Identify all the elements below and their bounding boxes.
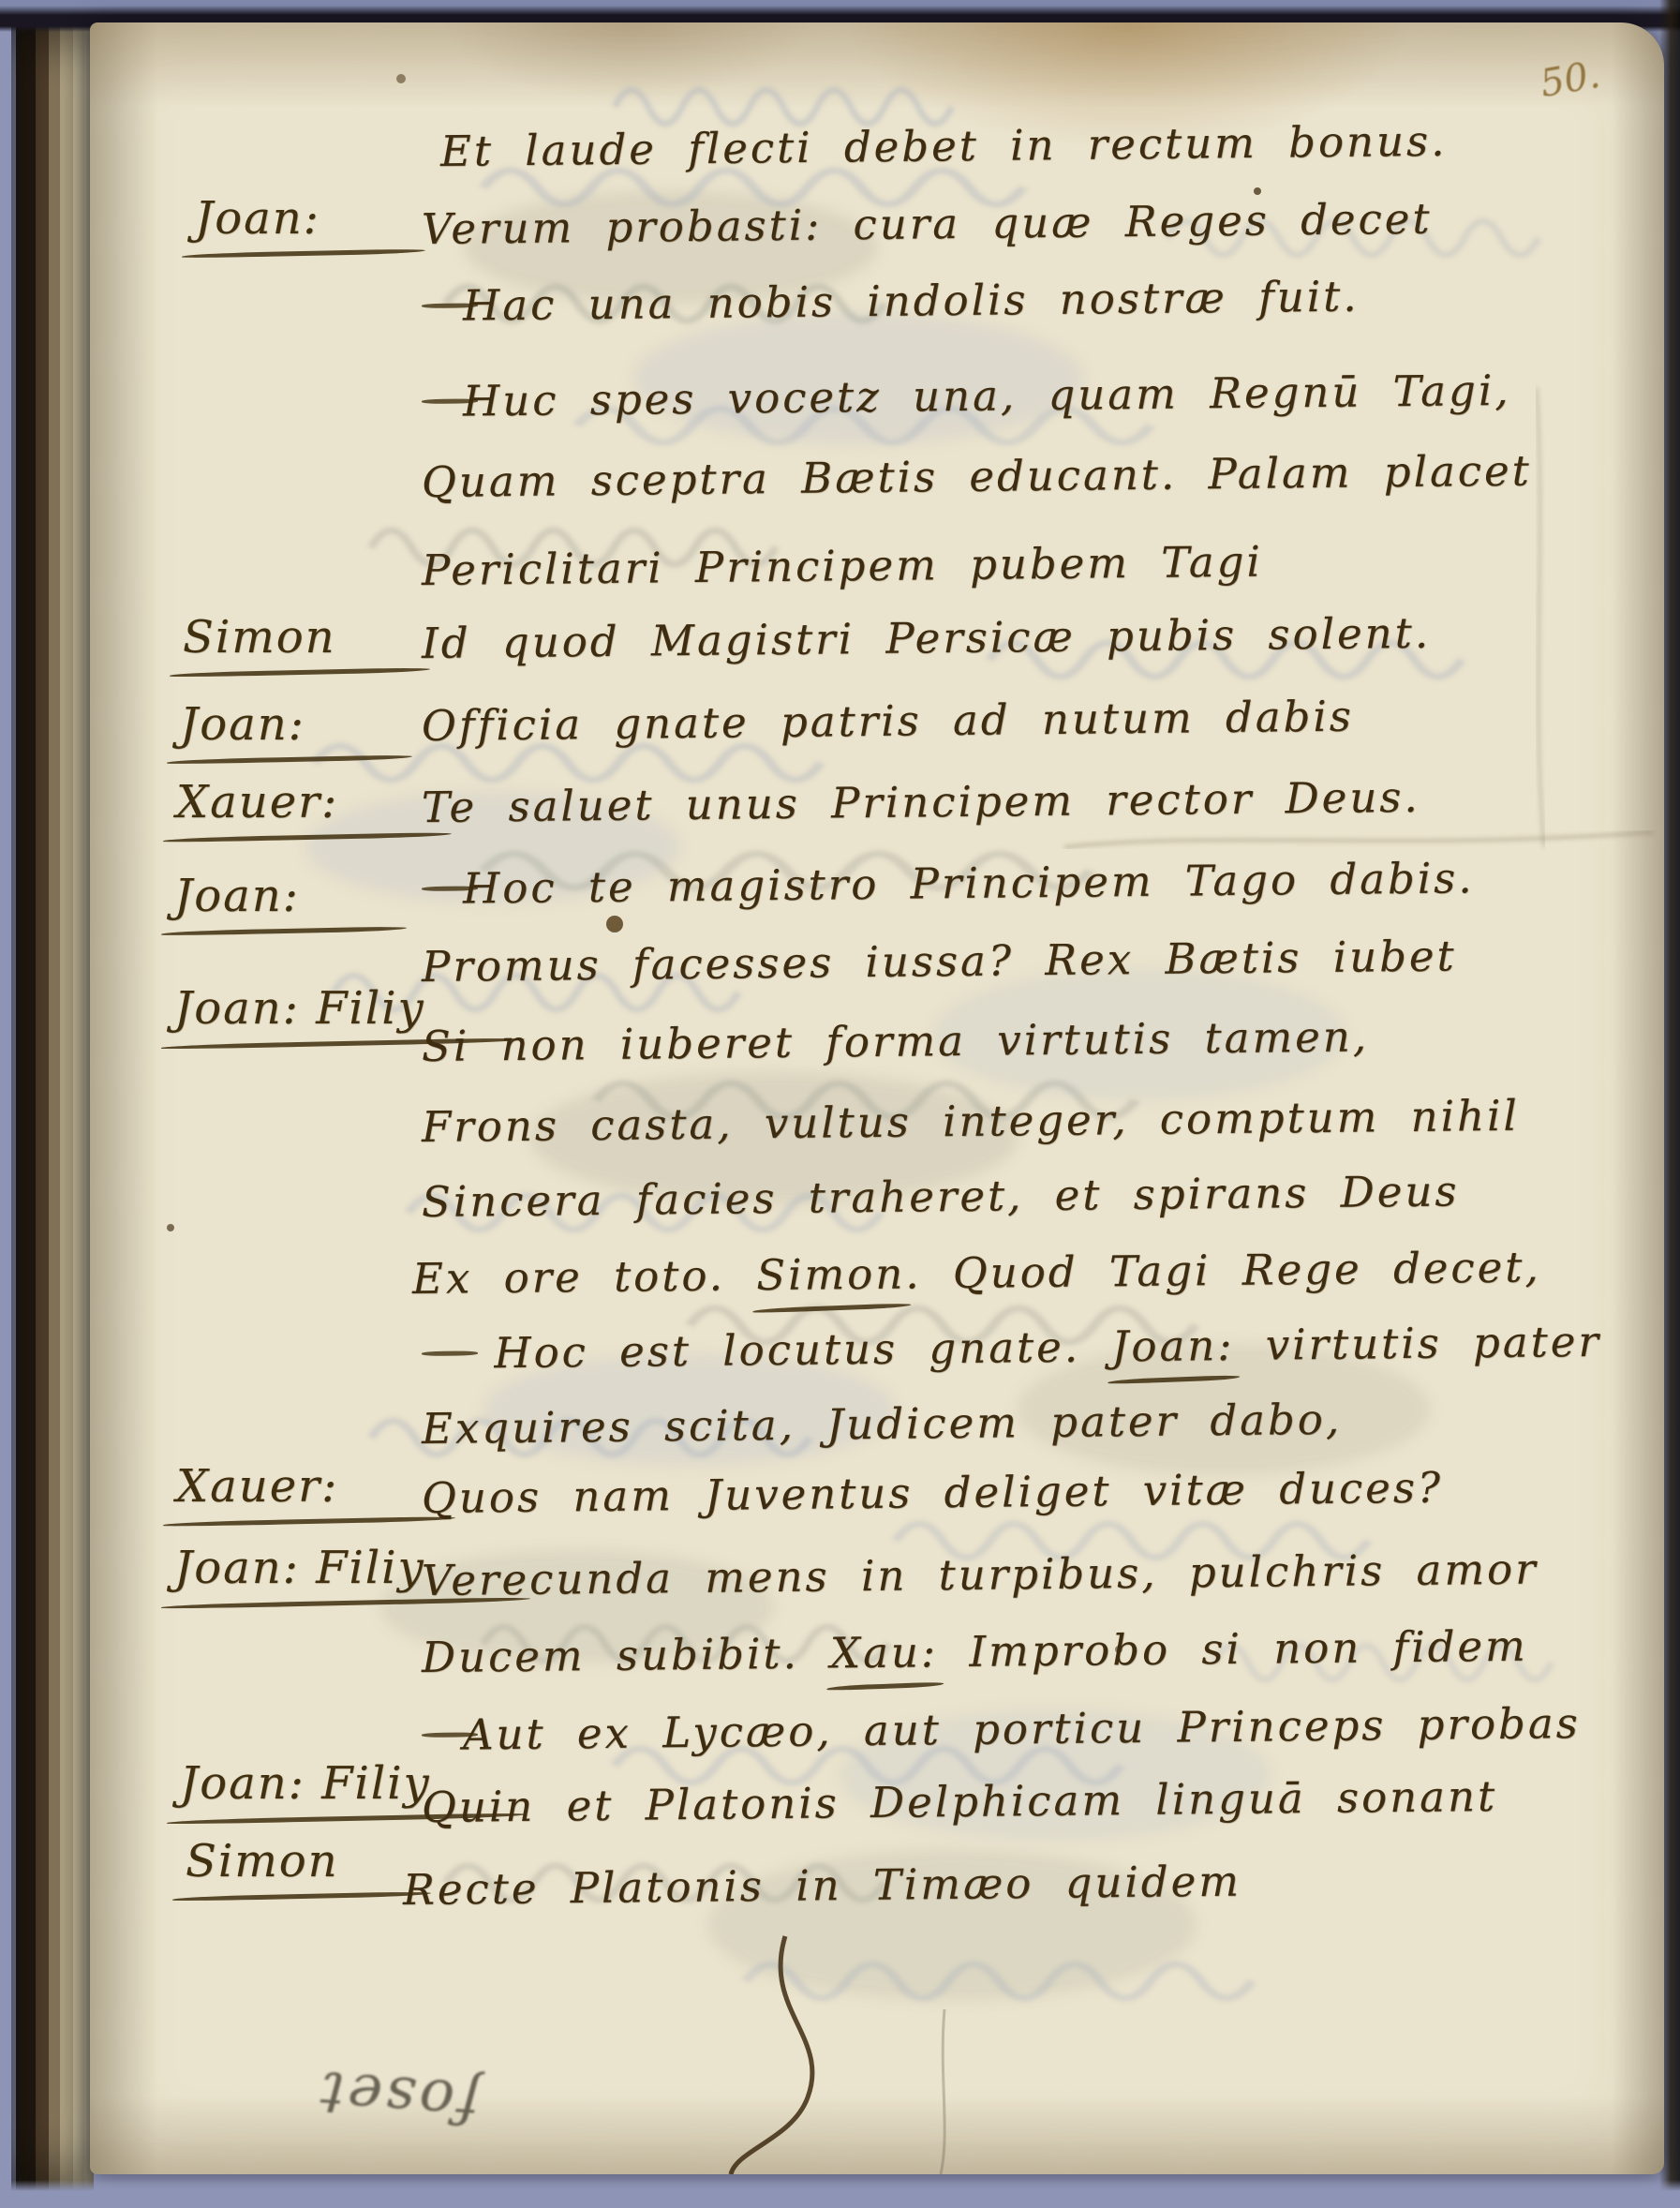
manuscript-line: Si non iuberet forma virtutis tamen, bbox=[422, 1011, 1370, 1071]
margin-speaker: Joan: bbox=[174, 870, 373, 922]
manuscript-line: Verecunda mens in turpibus, pulchris amo… bbox=[422, 1544, 1539, 1605]
margin-speaker: Simon bbox=[186, 1835, 397, 1887]
manuscript-line: Quos nam Juventus deliget vitæ duces? bbox=[422, 1463, 1444, 1523]
manuscript-line: Huc spes vocetz una, quam Regnū Tagi, bbox=[422, 366, 1511, 426]
line-text: Ex ore toto. bbox=[412, 1250, 757, 1304]
manuscript-line: Exquires scita, Judicem pater dabo, bbox=[422, 1395, 1343, 1454]
photo-bottom-edge bbox=[0, 2180, 1680, 2208]
inline-speaker: Joan: bbox=[1111, 1320, 1235, 1371]
manuscript-line: Ex ore toto. Simon. Quod Tagi Rege decet… bbox=[412, 1242, 1541, 1304]
margin-speaker: Xauer: bbox=[176, 1460, 422, 1513]
manuscript-line: Ducem subibit. Xau: Improbo si non fidem bbox=[422, 1621, 1528, 1682]
line-text: Ducem subibit. bbox=[422, 1628, 831, 1682]
manuscript-line: Hoc est locutus gnate. Joan: virtutis pa… bbox=[422, 1317, 1601, 1379]
line-text: virtutis pater bbox=[1234, 1317, 1601, 1370]
line-text: . Quod Tagi Rege decet, bbox=[905, 1242, 1541, 1298]
manuscript-line: Promus facesses iussa? Rex Bætis iubet bbox=[422, 931, 1457, 992]
line-text: Improbo si non fidem bbox=[938, 1621, 1528, 1678]
page-number: 50. bbox=[1537, 53, 1603, 106]
manuscript-page: 50. Joan: Simon Joan: Xauer: Joan: Joan:… bbox=[90, 22, 1664, 2174]
manuscript-line: Aut ex Lycæo, aut porticu Princeps proba… bbox=[422, 1698, 1581, 1760]
margin-speaker: Simon bbox=[183, 611, 396, 664]
margin-speaker: Joan: bbox=[195, 192, 392, 245]
manuscript-line: Hac una nobis indolis nostræ fuit. bbox=[422, 272, 1360, 331]
manuscript-line: Hoc te magistro Principem Tago dabis. bbox=[422, 853, 1475, 914]
inline-speaker: Simon bbox=[756, 1248, 906, 1300]
manuscript-line: Te saluet unus Principem rector Deus. bbox=[422, 772, 1420, 832]
manuscript-line: Recte Platonis in Timæo quidem bbox=[403, 1857, 1241, 1915]
manuscript-line: Sincera facies traheret, et spirans Deus bbox=[422, 1166, 1460, 1227]
manuscript-line: Frons casta, vultus integer, comptum nih… bbox=[422, 1091, 1520, 1152]
inline-speaker: Xau: bbox=[830, 1627, 939, 1678]
manuscript-line: Verum probasti: cura quæ Reges decet bbox=[422, 194, 1433, 254]
inverted-ink-mark: foset bbox=[315, 2058, 482, 2138]
book-spine bbox=[11, 4, 94, 2204]
line-text: Hoc est locutus gnate. bbox=[494, 1321, 1112, 1378]
manuscript-line: Id quod Magistri Persicæ pubis solent. bbox=[422, 608, 1432, 668]
manuscript-line: Quin et Platonis Delphicam linguā sonant bbox=[422, 1771, 1498, 1832]
manuscript-line: Quam sceptra Bætis educant. Palam placet bbox=[422, 446, 1532, 507]
manuscript-line: Periclitari Principem pubem Tagi bbox=[422, 537, 1263, 595]
photo-background: 50. Joan: Simon Joan: Xauer: Joan: Joan:… bbox=[0, 0, 1680, 2208]
margin-speaker: Xauer: bbox=[176, 776, 418, 828]
manuscript-line: Et laude flecti debet in rectum bonus. bbox=[440, 116, 1448, 176]
manuscript-line: Officia gnate patris ad nutum dabis bbox=[422, 692, 1354, 751]
margin-speaker: Joan: bbox=[180, 698, 379, 751]
